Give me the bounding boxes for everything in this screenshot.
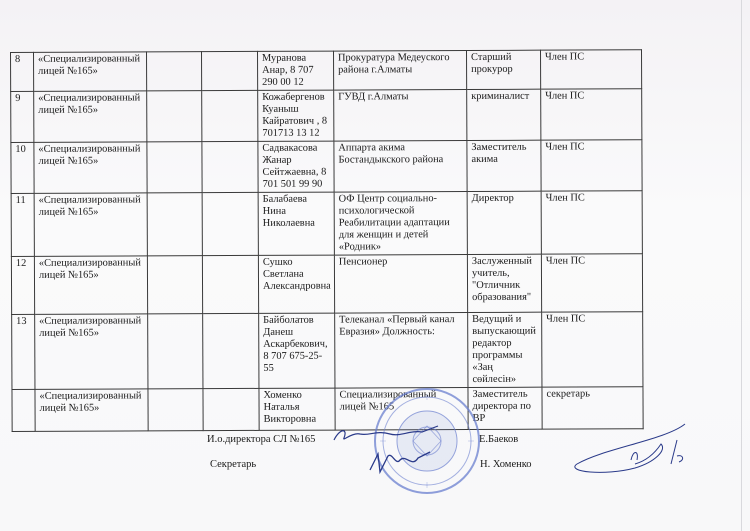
empty-cell: [203, 388, 259, 430]
empty-cell: [147, 52, 202, 91]
empty-cell: [147, 142, 202, 193]
role-cell: Член ПС: [541, 254, 642, 312]
director-title: И.о.директора СЛ №165: [207, 434, 315, 445]
role-cell: Член ПС: [541, 191, 642, 254]
organization-cell: «Специализированный лицей №165»: [34, 256, 147, 314]
row-number: 11: [11, 193, 34, 256]
position-cell: Директор: [467, 191, 541, 254]
row-number: 13: [12, 314, 35, 389]
row-number: 9: [11, 91, 34, 142]
secretary-signature-icon: [366, 448, 436, 476]
table-row: 8«Специализированный лицей №165»Муранова…: [11, 50, 642, 92]
third-signature-icon: [565, 420, 705, 480]
position-cell: криминалист: [467, 89, 541, 140]
position-cell: Старший прокурор: [466, 50, 540, 89]
name-phone-cell: Балабаева Нина Николаевна: [258, 192, 334, 255]
position-cell: Заслуженный учитель, "Отличник образован…: [467, 254, 541, 312]
workplace-cell: Аппарта акима Бостандыкского района: [334, 141, 467, 193]
role-cell: Член ПС: [541, 140, 642, 191]
row-number: 8: [11, 52, 34, 91]
organization-cell: «Специализированный лицей №165»: [34, 142, 147, 193]
position-cell: Ведущий и выпускающий редактор программы…: [468, 312, 542, 387]
table-row: «Специализированный лицей №165»Хоменко Н…: [12, 387, 643, 432]
role-cell: Член ПС: [542, 312, 643, 387]
row-number: 10: [11, 142, 34, 193]
empty-cell: [148, 389, 203, 431]
workplace-cell: ОФ Центр социально-психологической Реаби…: [334, 192, 467, 256]
organization-cell: «Специализированный лицей №165»: [34, 91, 147, 142]
table-row: 11«Специализированный лицей №165»Балабае…: [11, 191, 642, 257]
table-row: 13«Специализированный лицей №165»Байбола…: [12, 312, 643, 390]
workplace-cell: Телеканал «Первый канал Евразия» Должнос…: [335, 313, 468, 389]
table-row: 12«Специализированный лицей №165»Сушко С…: [11, 254, 642, 315]
empty-cell: [202, 90, 258, 141]
organization-cell: «Специализированный лицей №165»: [34, 52, 147, 91]
organization-cell: «Специализированный лицей №165»: [34, 193, 147, 256]
row-number: [12, 389, 35, 431]
workplace-cell: Пенсионер: [334, 255, 467, 314]
empty-cell: [202, 192, 258, 255]
empty-cell: [147, 193, 202, 256]
name-phone-cell: Сушко Светлана Александровна: [258, 255, 334, 313]
workplace-cell: ГУВД г.Алматы: [334, 90, 467, 142]
name-phone-cell: Муранова Анар, 8 707 290 00 12: [257, 51, 333, 90]
director-name: Е.Баеков: [479, 434, 518, 445]
empty-cell: [202, 255, 258, 313]
empty-cell: [202, 141, 258, 192]
organization-cell: «Специализированный лицей №165»: [35, 314, 148, 389]
empty-cell: [202, 51, 258, 90]
table-row: 10«Специализированный лицей №165»Садвака…: [11, 140, 642, 194]
members-table: 8«Специализированный лицей №165»Муранова…: [10, 49, 644, 432]
empty-cell: [148, 314, 203, 389]
director-signature-icon: [330, 424, 450, 446]
name-phone-cell: Хоменко Наталья Викторовна: [259, 388, 335, 430]
name-phone-cell: Садвакасова Жанар Сейтжаевна, 8 701 501 …: [258, 141, 334, 192]
secretary-name: Н. Хоменко: [480, 459, 532, 470]
empty-cell: [147, 91, 202, 142]
workplace-cell: Прокуратура Медеуского района г.Алматы: [333, 51, 466, 91]
position-cell: Заместитель акима: [467, 140, 541, 191]
name-phone-cell: Байболатов Данеш Аскарбекович, 8 707 675…: [259, 313, 335, 388]
empty-cell: [203, 313, 259, 388]
table-row: 9«Специализированный лицей №165»Кожаберг…: [11, 89, 642, 143]
row-number: 12: [11, 256, 34, 314]
name-phone-cell: Кожабергенов Куаныш Кайратович , 8 70171…: [258, 90, 334, 141]
empty-cell: [147, 256, 202, 314]
scanned-page: 8«Специализированный лицей №165»Муранова…: [0, 0, 750, 531]
page-edge: [741, 0, 742, 531]
role-cell: Член ПС: [541, 89, 642, 140]
role-cell: Член ПС: [540, 50, 641, 89]
secretary-title: Секретарь: [210, 459, 256, 470]
organization-cell: «Специализированный лицей №165»: [35, 389, 148, 431]
